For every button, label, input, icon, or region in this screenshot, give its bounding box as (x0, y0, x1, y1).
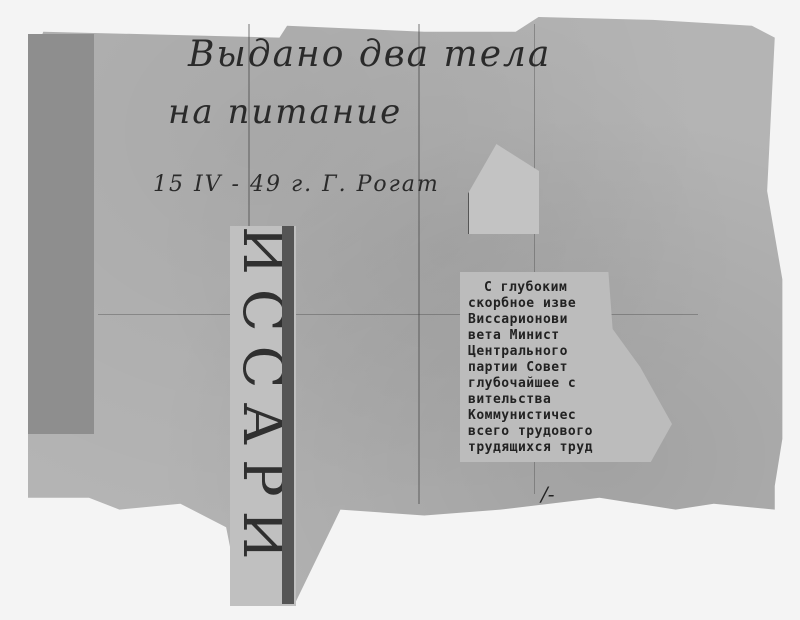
strip-rule-bar (282, 226, 294, 604)
clipping-line: всего трудового (468, 424, 593, 439)
clipping-line: скорбное изве (468, 296, 576, 311)
handwritten-line-1: Выдано два тела (188, 34, 551, 75)
paper-background (28, 14, 790, 604)
clipping-line: Виссарионови (468, 312, 568, 327)
clipping-line: глубочайшее с (468, 376, 576, 391)
document-sheet: Выдано два тела на питание 15 IV - 49 г.… (28, 14, 790, 604)
clipping-line: Центрального (468, 344, 568, 359)
pencil-mark: /- (541, 482, 555, 506)
clipping-line: Коммунистичес (468, 408, 576, 423)
clipping-line: трудящихся труд (468, 440, 593, 455)
clipping-line: С глубоким (484, 280, 567, 295)
handwritten-date-signature: 15 IV - 49 г. Г. Рогат (153, 172, 440, 197)
darkened-left-band (28, 34, 94, 434)
clipping-line: вета Минист (468, 328, 560, 343)
fold-line (418, 24, 420, 504)
clipping-line: вительства (468, 392, 551, 407)
clipping-line: партии Совет (468, 360, 568, 375)
handwritten-line-2: на питание (168, 92, 402, 132)
